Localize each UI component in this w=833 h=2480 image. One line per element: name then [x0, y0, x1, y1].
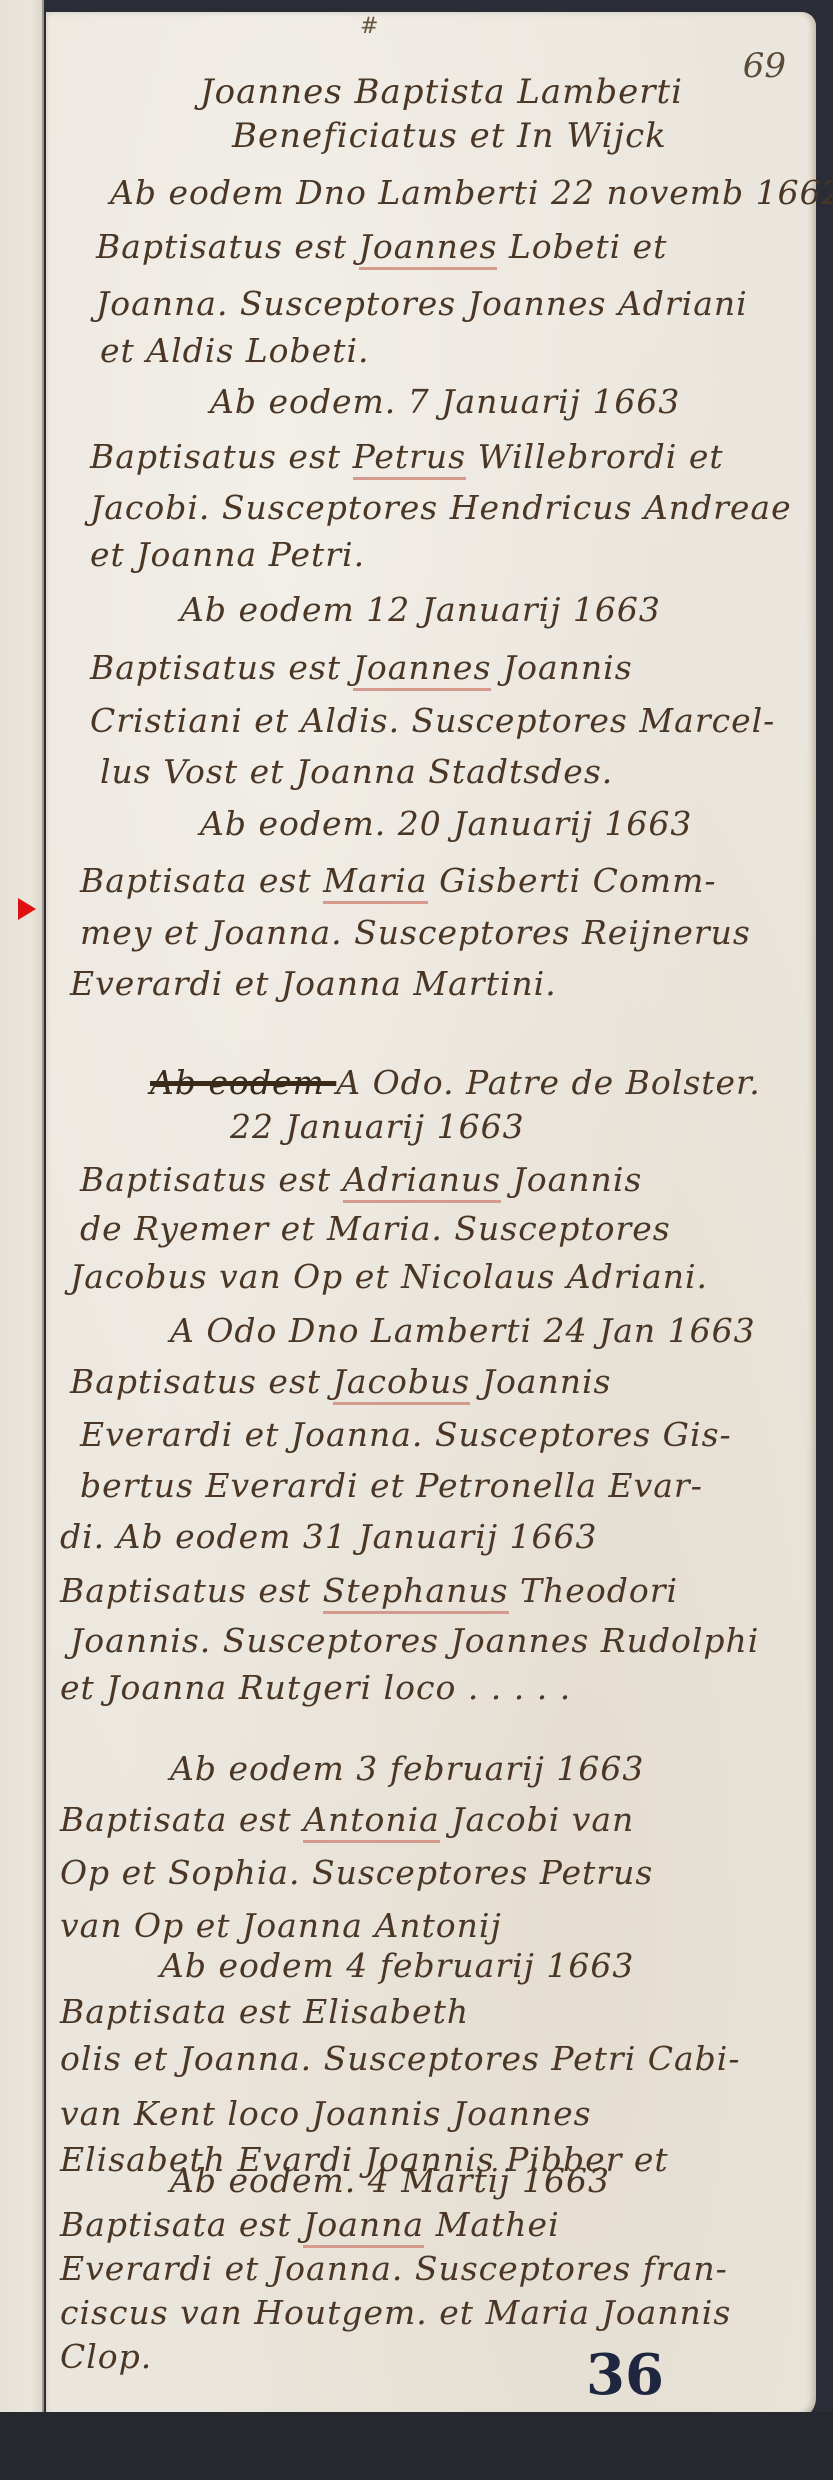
entry-text: Willebrordi et	[466, 437, 724, 476]
entry-text: et Joanna Rutgeri loco . . . . .	[60, 1668, 571, 1707]
entry-text-line: Everardi et Joanna Martini.	[70, 964, 557, 1003]
entry-text-line: et Aldis Lobeti.	[100, 331, 370, 370]
entry-text: Baptisatus est	[60, 1571, 323, 1610]
entry-date-line: Ab eodem. 4 Martij 1663	[170, 2161, 610, 2200]
entry-text: Baptisatus est	[90, 648, 353, 687]
entry-text: Ab eodem 4 februarij 1663	[160, 1946, 634, 1985]
entry-date-line: Ab eodem A Odo. Patre de Bolster.	[150, 1063, 761, 1102]
entry-text: lus Vost et Joanna Stadtsdes.	[100, 752, 613, 791]
entry-text-line: Everardi et Joanna. Susceptores fran-	[60, 2249, 728, 2288]
baptized-name-underlined: Maria	[323, 861, 427, 904]
entry-text: ciscus van Houtgem. et Maria Joannis	[60, 2293, 731, 2332]
baptized-name-underlined: Joannes	[359, 227, 498, 270]
entry-text-line: Joanna. Susceptores Joannes Adriani	[96, 284, 748, 323]
entry-text: Everardi et Joanna. Susceptores Gis-	[80, 1415, 732, 1454]
entry-date-line: Ab eodem 4 februarij 1663	[160, 1946, 634, 1985]
entry-text-line: Baptisatus est Stephanus Theodori	[60, 1571, 678, 1610]
entry-date-line: Ab eodem. 7 Januarij 1663	[210, 382, 680, 421]
entry-text: Baptisatus est	[90, 437, 353, 476]
entry-date-line: Ab eodem Dno Lamberti 22 novemb 1662	[110, 173, 833, 212]
entry-text: Mathei	[424, 2205, 560, 2244]
binding-fold	[42, 0, 44, 2412]
entry-text-line: olis et Joanna. Susceptores Petri Cabi-	[60, 2039, 741, 2078]
entry-text-line: Baptisata est Elisabeth	[60, 1992, 469, 2031]
entry-text: Joannes Baptista Lamberti	[200, 72, 683, 112]
entry-text: et Joanna Petri.	[90, 535, 365, 574]
entry-date-line: Ab eodem 3 februarij 1663	[170, 1749, 644, 1788]
entry-text: 22 Januarij 1663	[230, 1107, 525, 1146]
entry-text: de Ryemer et Maria. Susceptores	[80, 1209, 671, 1248]
entry-text-line: van Kent loco Joannis Joannes	[60, 2094, 592, 2133]
entry-text: di. Ab eodem 31 Januarij 1663	[60, 1517, 598, 1556]
struck-out-text: Ab eodem	[150, 1063, 336, 1102]
entry-text-line: et Joanna Petri.	[90, 535, 365, 574]
entry-text: Joannis. Susceptores Joannes Rudolphi	[70, 1621, 759, 1660]
page-heading-line: Beneficiatus et In Wijck	[232, 116, 667, 156]
entry-text-line: Baptisata est Maria Gisberti Comm-	[80, 861, 717, 900]
entry-text: Op et Sophia. Susceptores Petrus	[60, 1853, 653, 1892]
entry-text: olis et Joanna. Susceptores Petri Cabi-	[60, 2039, 741, 2078]
baptized-name-underlined: Antonia	[303, 1800, 440, 1843]
entry-text: Cristiani et Aldis. Susceptores Marcel-	[90, 701, 775, 740]
entry-text-line: Jacobus van Op et Nicolaus Adriani.	[70, 1257, 708, 1296]
entry-text-line: Baptisatus est Joannes Lobeti et	[96, 227, 667, 266]
entry-text: Ab eodem. 20 Januarij 1663	[200, 804, 692, 843]
entry-text: Ab eodem. 7 Januarij 1663	[210, 382, 680, 421]
baptized-name-underlined: Jacobus	[333, 1362, 471, 1405]
entry-text-line: lus Vost et Joanna Stadtsdes.	[100, 752, 613, 791]
manuscript-page: # 69 Joannes Baptista LambertiBeneficiat…	[46, 12, 816, 2420]
row-marker-arrow-icon	[18, 898, 36, 920]
entry-text-line: van Op et Joanna Antonij	[60, 1906, 502, 1945]
entry-text: Everardi et Joanna Martini.	[70, 964, 557, 1003]
entry-date-line: A Odo Dno Lamberti 24 Jan 1663	[170, 1311, 756, 1350]
entry-text-line: Jacobi. Susceptores Hendricus Andreae	[90, 488, 792, 527]
entry-text: Clop.	[60, 2337, 152, 2376]
entry-text: Baptisata est	[80, 861, 323, 900]
entry-text-line: Baptisatus est Adrianus Joannis	[80, 1160, 642, 1199]
baptized-name-underlined: Joanna	[303, 2205, 424, 2248]
entry-text-line: Baptisatus est Petrus Willebrordi et	[90, 437, 724, 476]
register-entries: Joannes Baptista LambertiBeneficiatus et…	[46, 12, 816, 2420]
entry-text: Baptisatus est	[96, 227, 359, 266]
baptized-name-underlined: Joannes	[353, 648, 492, 691]
entry-text: Beneficiatus et In Wijck	[232, 116, 667, 156]
entry-text: van Kent loco Joannis Joannes	[60, 2094, 592, 2133]
entry-text: A Odo Dno Lamberti 24 Jan 1663	[170, 1311, 756, 1350]
entry-text: Jacobi van	[440, 1800, 634, 1839]
entry-text: Ab eodem 3 februarij 1663	[170, 1749, 644, 1788]
entry-text-line: Baptisatus est Joannes Joannis	[90, 648, 633, 687]
entry-text: mey et Joanna. Susceptores Reijnerus	[80, 913, 751, 952]
entry-text-line: Cristiani et Aldis. Susceptores Marcel-	[90, 701, 775, 740]
entry-text-line: Baptisata est Antonia Jacobi van	[60, 1800, 634, 1839]
entry-text-line: ciscus van Houtgem. et Maria Joannis	[60, 2293, 731, 2332]
entry-text: Jacobus van Op et Nicolaus Adriani.	[70, 1257, 708, 1296]
entry-text: Lobeti et	[497, 227, 667, 266]
entry-text-line: de Ryemer et Maria. Susceptores	[80, 1209, 671, 1248]
entry-text: et Aldis Lobeti.	[100, 331, 370, 370]
entry-text: Baptisata est	[60, 2205, 303, 2244]
baptized-name-underlined: Adrianus	[343, 1160, 501, 1203]
entry-text: Everardi et Joanna. Susceptores fran-	[60, 2249, 728, 2288]
entry-text-line: Everardi et Joanna. Susceptores Gis-	[80, 1415, 732, 1454]
entry-text: Gisberti Comm-	[428, 861, 717, 900]
entry-text-line: mey et Joanna. Susceptores Reijnerus	[80, 913, 751, 952]
entry-date-line: Ab eodem. 20 Januarij 1663	[200, 804, 692, 843]
entry-text: Ab eodem 12 Januarij 1663	[180, 590, 661, 629]
entry-text: Theodori	[509, 1571, 678, 1610]
entry-text: Joannis	[491, 648, 632, 687]
entry-text: Baptisatus est	[70, 1362, 333, 1401]
entry-text: Joannis	[470, 1362, 611, 1401]
entry-text: van Op et Joanna Antonij	[60, 1906, 502, 1945]
baptized-name-underlined: Stephanus	[323, 1571, 509, 1614]
entry-date-line: 22 Januarij 1663	[230, 1107, 525, 1146]
entry-text: Joannis	[501, 1160, 642, 1199]
entry-text: Joanna. Susceptores Joannes Adriani	[96, 284, 748, 323]
entry-text: bertus Everardi et Petronella Evar-	[80, 1466, 703, 1505]
entry-text-line: Clop.	[60, 2337, 152, 2376]
archive-stamp-number: 36	[586, 2342, 664, 2408]
entry-text-line: Joannis. Susceptores Joannes Rudolphi	[70, 1621, 759, 1660]
adjacent-page-edge	[0, 0, 44, 2412]
entry-text: Baptisata est	[60, 1800, 303, 1839]
entry-text-line: Baptisata est Joanna Mathei	[60, 2205, 560, 2244]
entry-text: Ab eodem. 4 Martij 1663	[170, 2161, 610, 2200]
entry-text: Baptisatus est	[80, 1160, 343, 1199]
entry-text: Jacobi. Susceptores Hendricus Andreae	[90, 488, 792, 527]
entry-text-line: Baptisatus est Jacobus Joannis	[70, 1362, 611, 1401]
entry-date-line: di. Ab eodem 31 Januarij 1663	[60, 1517, 598, 1556]
entry-text-line: et Joanna Rutgeri loco . . . . .	[60, 1668, 571, 1707]
page-heading-line: Joannes Baptista Lamberti	[200, 72, 683, 112]
baptized-name-underlined: Petrus	[353, 437, 466, 480]
scanner-background	[0, 2412, 833, 2480]
entry-text: A Odo. Patre de Bolster.	[336, 1063, 760, 1102]
entry-text-line: bertus Everardi et Petronella Evar-	[80, 1466, 703, 1505]
entry-text-line: Op et Sophia. Susceptores Petrus	[60, 1853, 653, 1892]
entry-text: Baptisata est Elisabeth	[60, 1992, 469, 2031]
entry-text: Ab eodem Dno Lamberti 22 novemb 1662	[110, 173, 833, 212]
entry-date-line: Ab eodem 12 Januarij 1663	[180, 590, 661, 629]
